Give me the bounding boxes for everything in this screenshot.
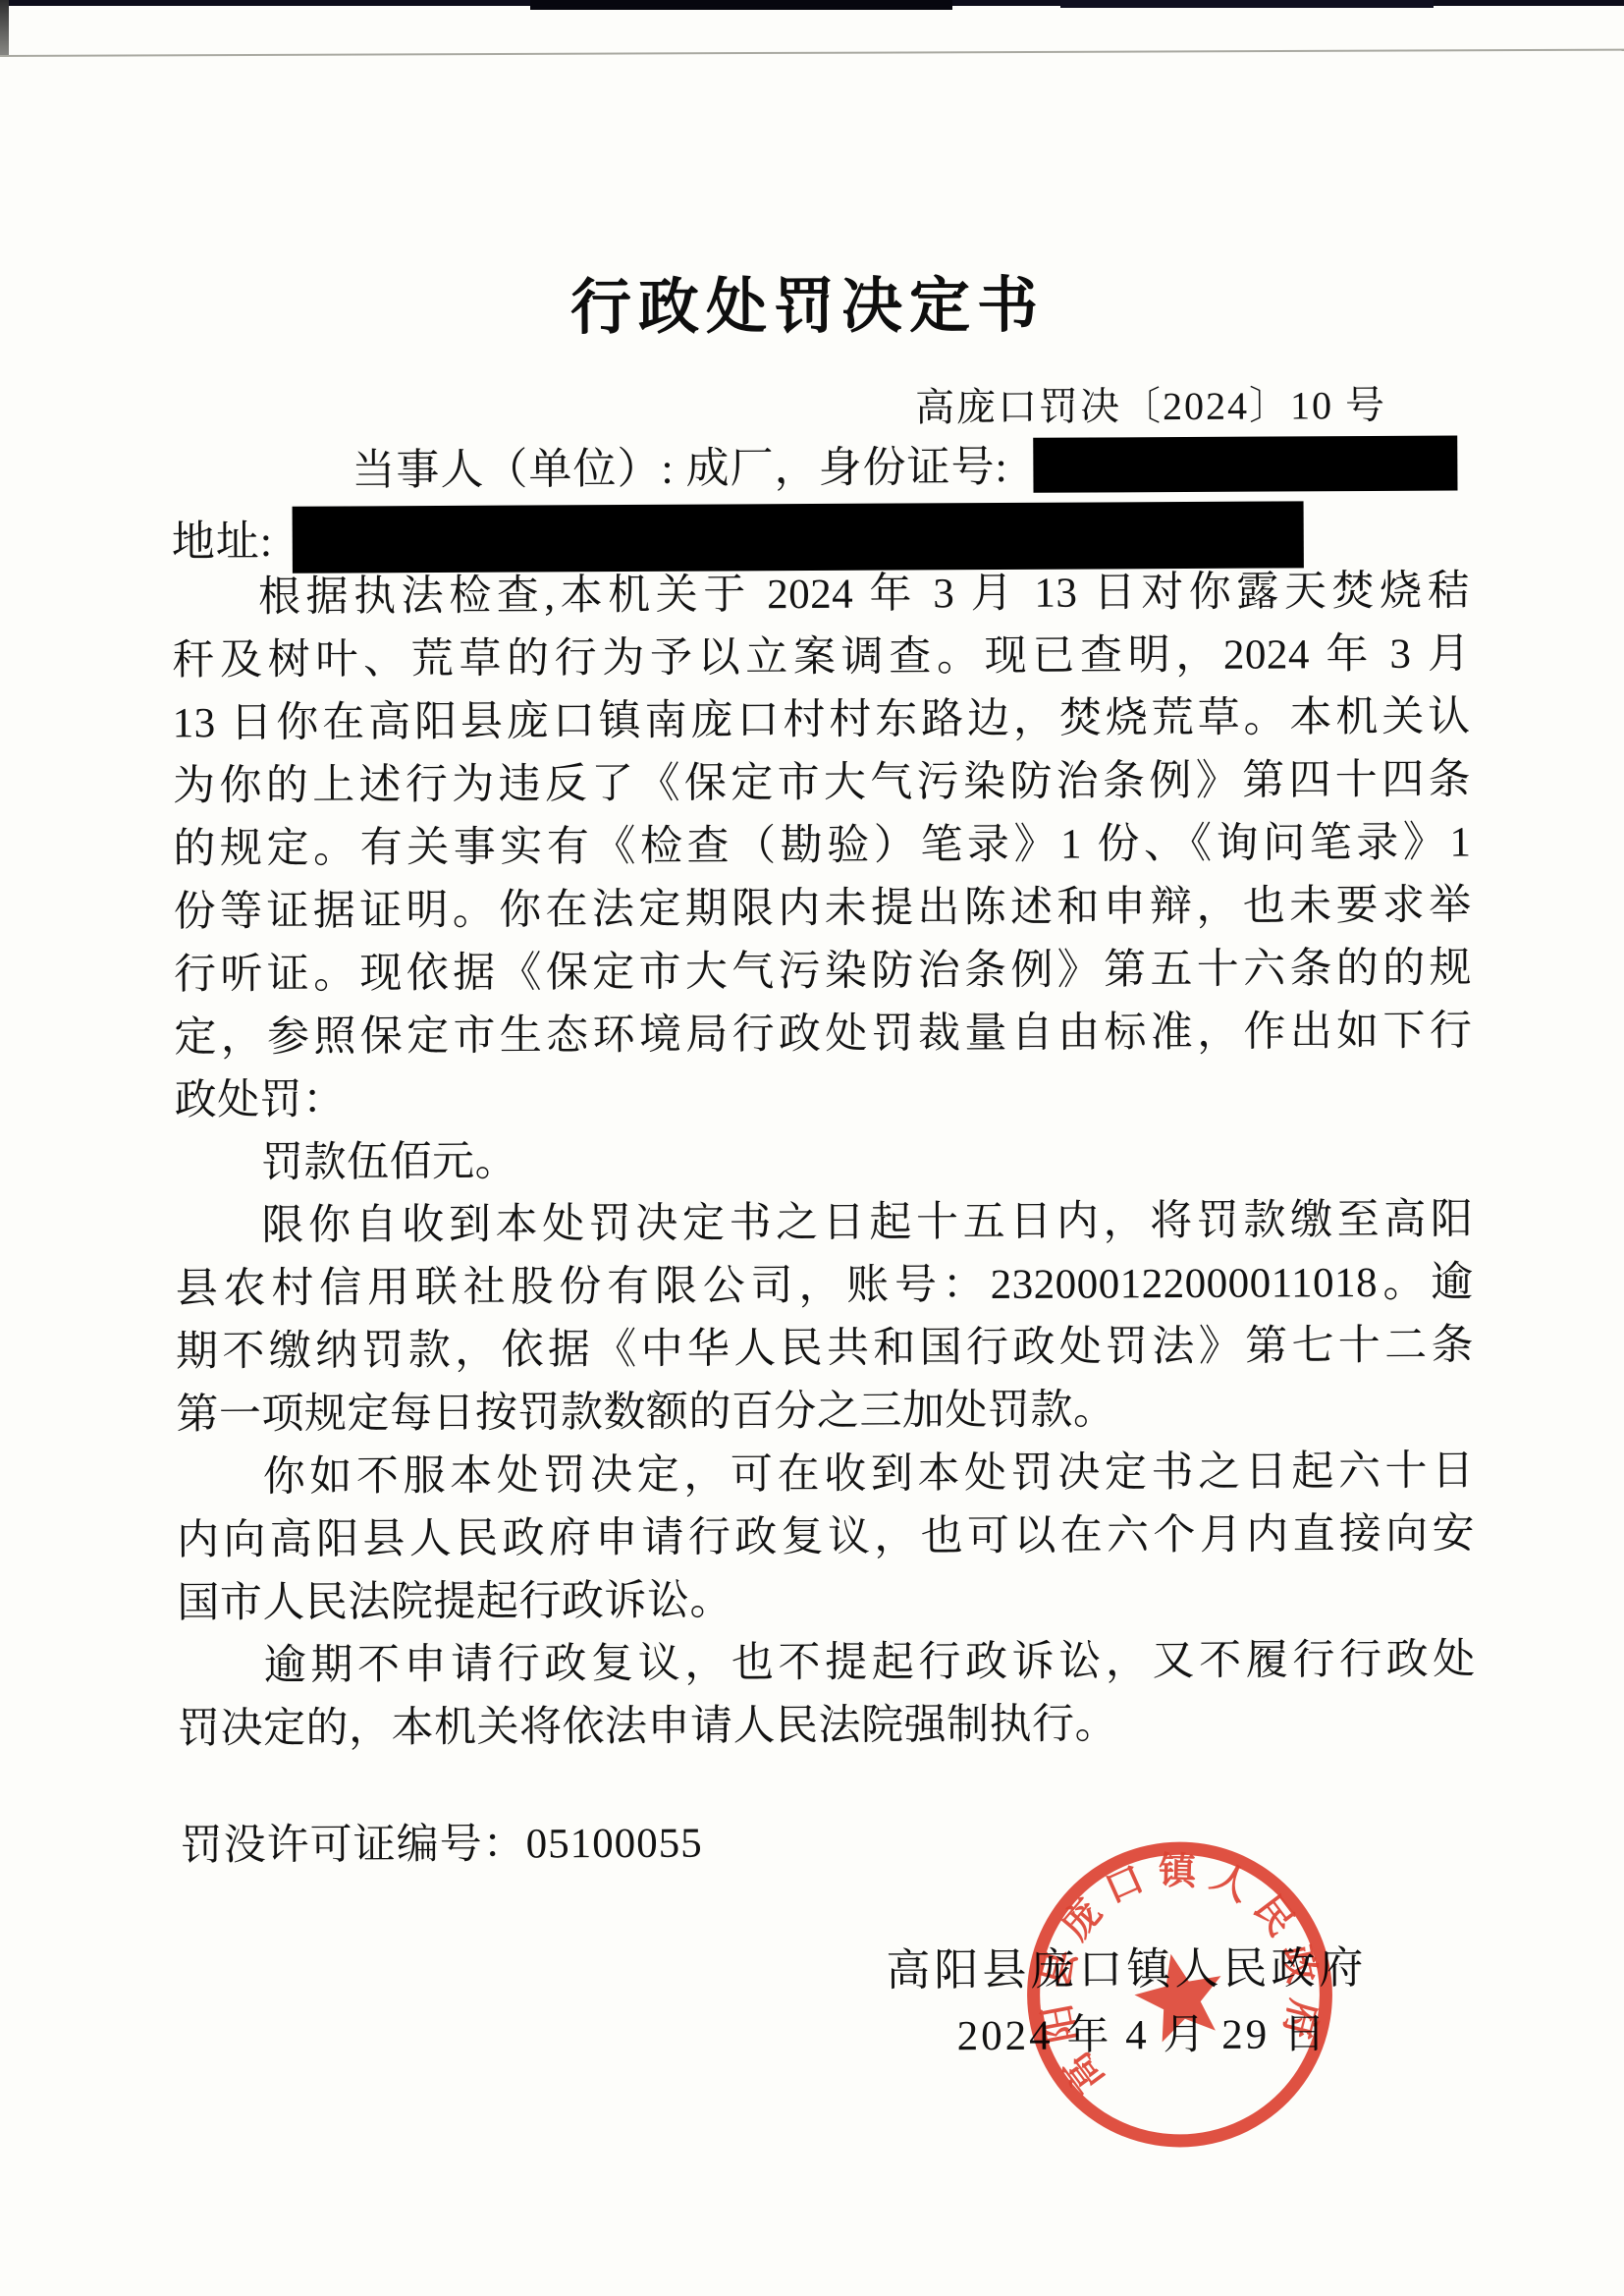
seal-star-icon xyxy=(1127,1944,1231,2046)
party-line-text: 当事人（单位）: 成厂，身份证号: xyxy=(352,443,1008,494)
body-line: 秆及树叶、荒草的行为予以立案调查。现已查明，2024 年 3 月 xyxy=(172,623,1470,692)
body-line: 逾期不申请行政复议，也不提起行政诉讼，又不履行行政处 xyxy=(178,1628,1476,1698)
body-line: 13 日你在高阳县庞口镇南庞口村村东路边，焚烧荒草。本机关认 xyxy=(173,685,1471,755)
document-title: 行政处罚决定书 xyxy=(0,253,1620,350)
body-line: 罚决定的，本机关将依法申请人民法院强制执行。 xyxy=(178,1691,1476,1761)
party-line: 当事人（单位）: 成厂，身份证号: xyxy=(352,429,1458,498)
official-seal: 高阳县庞口镇人民政府 xyxy=(980,1795,1380,2195)
address-label: 地址: xyxy=(172,518,273,567)
body-line: 为你的上述行为违反了《保定市大气污染防治条例》第四十四条 xyxy=(173,748,1471,818)
body-line: 限你自收到本处罚决定书之日起十五日内，将罚款缴至高阳 xyxy=(175,1188,1473,1258)
redaction-bar-id-number xyxy=(1034,436,1458,493)
body-line: 政处罚： xyxy=(175,1063,1473,1132)
body-line: 根据执法检查,本机关于 2024 年 3 月 13 日对你露天焚烧秸 xyxy=(172,560,1470,629)
body-line: 你如不服本处罚决定，可在收到本处罚决定书之日起六十日 xyxy=(177,1440,1475,1509)
permit-number-line: 罚没许可证编号：05100055 xyxy=(181,1810,703,1873)
body-line: 份等证据证明。你在法定期限内未提出陈述和申辩，也未要求举 xyxy=(174,874,1472,944)
body-line: 期不缴纳罚款，依据《中华人民共和国行政处罚法》第七十二条 xyxy=(176,1314,1474,1384)
body-line: 定，参照保定市生态环境局行政处罚裁量自由标准，作出如下行 xyxy=(174,1000,1472,1069)
document-body: 根据执法检查,本机关于 2024 年 3 月 13 日对你露天焚烧秸 秆及树叶、… xyxy=(172,560,1476,1761)
body-line: 的规定。有关事实有《检查（勘验）笔录》1 份、《询问笔录》1 xyxy=(173,811,1471,881)
scanned-document-page: 行政处罚决定书 高庞口罚决〔2024〕10 号 当事人（单位）: 成厂，身份证号… xyxy=(0,0,1624,2296)
document-number: 高庞口罚决〔2024〕10 号 xyxy=(915,374,1386,433)
body-line: 内向高阳县人民政府申请行政复议，也可以在六个月内直接向安 xyxy=(177,1503,1475,1572)
body-line: 行听证。现依据《保定市大气污染防治条例》第五十六条的的规 xyxy=(174,937,1472,1007)
body-line: 县农村信用联社股份有限公司，账号：232000122000011018。逾 xyxy=(176,1251,1474,1321)
body-line: 罚款伍佰元。 xyxy=(175,1125,1473,1195)
body-line: 国市人民法院提起行政诉讼。 xyxy=(177,1565,1475,1635)
body-line: 第一项规定每日按罚款数额的百分之三加处罚款。 xyxy=(176,1377,1474,1447)
document-content: 行政处罚决定书 高庞口罚决〔2024〕10 号 当事人（单位）: 成厂，身份证号… xyxy=(0,0,1624,2296)
